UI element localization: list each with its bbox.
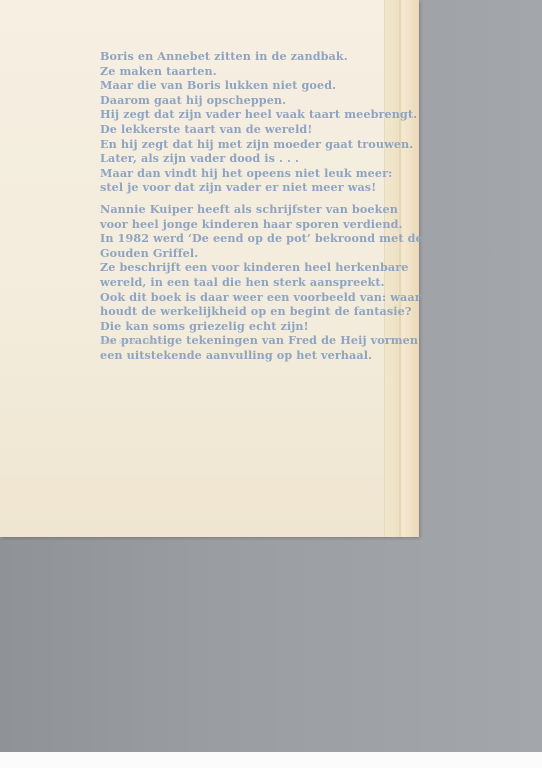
blurb-line: Gouden Griffel. xyxy=(100,246,400,261)
blurb-line: houdt de werkelijkheid op en begint de f… xyxy=(100,304,400,319)
blurb-line: Hij zegt dat zijn vader heel vaak taart … xyxy=(100,107,400,122)
blurb-line: Boris en Annebet zitten in de zandbak. xyxy=(100,49,400,64)
blurb-line: Ook dit boek is daar weer een voorbeeld … xyxy=(100,290,400,305)
blurb-paragraph-story: Boris en Annebet zitten in de zandbak. Z… xyxy=(100,49,400,195)
blurb-text: Boris en Annebet zitten in de zandbak. Z… xyxy=(100,49,400,362)
blurb-line: Ze beschrijft een voor kinderen heel her… xyxy=(100,260,400,275)
blurb-line: Maar die van Boris lukken niet goed. xyxy=(100,78,400,93)
blurb-line: stel je voor dat zijn vader er niet meer… xyxy=(100,180,400,195)
blurb-line: De lekkerste taart van de wereld! xyxy=(100,122,400,137)
scan-bottom-margin xyxy=(0,752,542,768)
blurb-line: Daarom gaat hij opscheppen. xyxy=(100,93,400,108)
blurb-line: Maar dan vindt hij het opeens niet leuk … xyxy=(100,166,400,181)
book-back-cover: Boris en Annebet zitten in de zandbak. Z… xyxy=(0,0,418,537)
blurb-line: Nannie Kuiper heeft als schrijfster van … xyxy=(100,202,400,217)
blurb-line: Later, als zijn vader dood is . . . xyxy=(100,151,400,166)
blurb-line: Die kan soms griezelig echt zijn! xyxy=(100,319,400,334)
isbn-number: ISBN 90 258 3833 7 xyxy=(102,340,164,346)
blurb-line: En hij zegt dat hij met zijn moeder gaat… xyxy=(100,137,400,152)
blurb-line: wereld, in een taal die hen sterk aanspr… xyxy=(100,275,400,290)
blurb-line: een uitstekende aanvulling op het verhaa… xyxy=(100,348,400,363)
blurb-line: Ze maken taarten. xyxy=(100,64,400,79)
blurb-line: voor heel jonge kinderen haar sporen ver… xyxy=(100,217,400,232)
blurb-line: In 1982 werd ‘De eend op de pot’ bekroon… xyxy=(100,231,400,246)
blurb-paragraph-author: Nannie Kuiper heeft als schrijfster van … xyxy=(100,202,400,363)
